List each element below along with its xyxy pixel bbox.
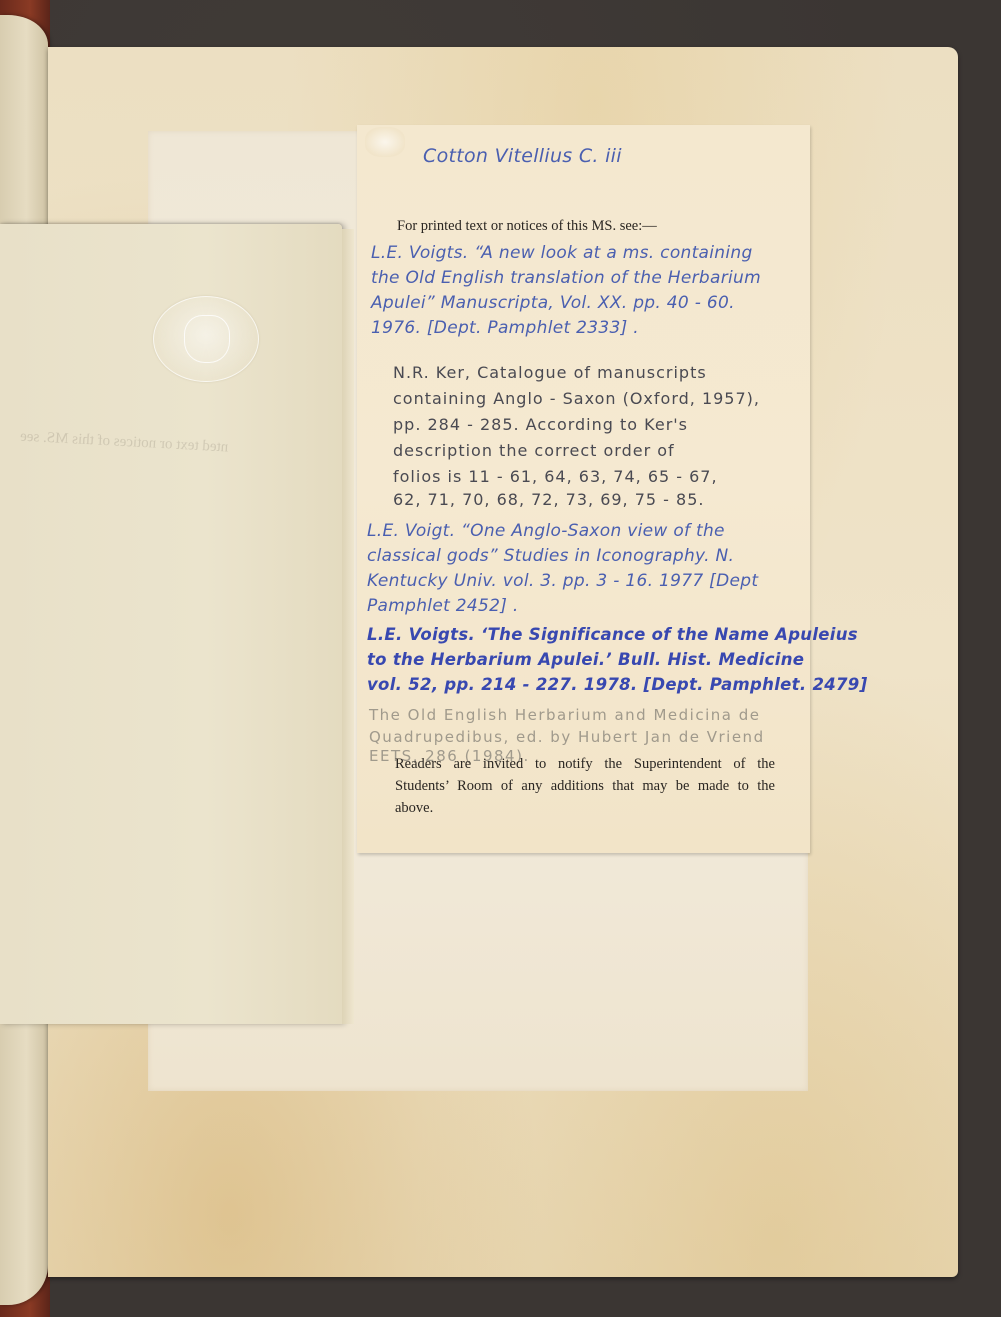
entry-line: containing Anglo - Saxon (Oxford, 1957), bbox=[393, 389, 760, 408]
entry-line: Apulei” Manuscripta, Vol. XX. pp. 40 - 6… bbox=[371, 293, 735, 313]
printed-heading: For printed text or notices of this MS. … bbox=[397, 218, 657, 235]
slip-hinge bbox=[365, 127, 405, 157]
entry-line: folios is 11 - 61, 64, 63, 74, 65 - 67, bbox=[393, 467, 718, 486]
entry-line: N.R. Ker, Catalogue of manuscripts bbox=[393, 363, 707, 382]
entry-line: Kentucky Univ. vol. 3. pp. 3 - 16. 1977 … bbox=[367, 571, 758, 591]
entry-line: L.E. Voigts. “A new look at a ms. contai… bbox=[371, 243, 753, 263]
entry-line: L.E. Voigt. “One Anglo-Saxon view of the bbox=[367, 521, 725, 541]
show-through-text: nted text or notices of this MS. see bbox=[20, 429, 229, 457]
entry-line: pp. 284 - 285. According to Ker's bbox=[393, 415, 688, 434]
royal-arms-emboss-icon bbox=[153, 296, 259, 382]
printed-footer: Readers are invited to notify the Superi… bbox=[395, 753, 775, 819]
entry-line: Quadrupedibus, ed. by Hubert Jan de Vrie… bbox=[369, 728, 765, 746]
entry-line: description the correct order of bbox=[393, 441, 675, 460]
entry-line: 62, 71, 70, 68, 72, 73, 69, 75 - 85. bbox=[393, 490, 704, 509]
entry-line: vol. 52, pp. 214 - 227. 1978. [Dept. Pam… bbox=[367, 675, 867, 694]
entry-line: The Old English Herbarium and Medicina d… bbox=[369, 706, 760, 724]
left-flyleaf-page: nted text or notices of this MS. see bbox=[0, 224, 342, 1024]
page-edge bbox=[342, 229, 354, 1024]
entry-line: to the Herbarium Apulei.’ Bull. Hist. Me… bbox=[367, 650, 804, 669]
entry-line: Pamphlet 2452] . bbox=[367, 596, 519, 616]
reference-slip: Cotton Vitellius C. iii For printed text… bbox=[357, 125, 810, 853]
entry-line: 1976. [Dept. Pamphlet 2333] . bbox=[371, 318, 639, 338]
entry-line: L.E. Voigts. ‘The Significance of the Na… bbox=[367, 625, 858, 644]
shelfmark: Cotton Vitellius C. iii bbox=[423, 145, 622, 167]
entry-line: classical gods” Studies in Iconography. … bbox=[367, 546, 734, 566]
entry-line: the Old English translation of the Herba… bbox=[371, 268, 761, 288]
